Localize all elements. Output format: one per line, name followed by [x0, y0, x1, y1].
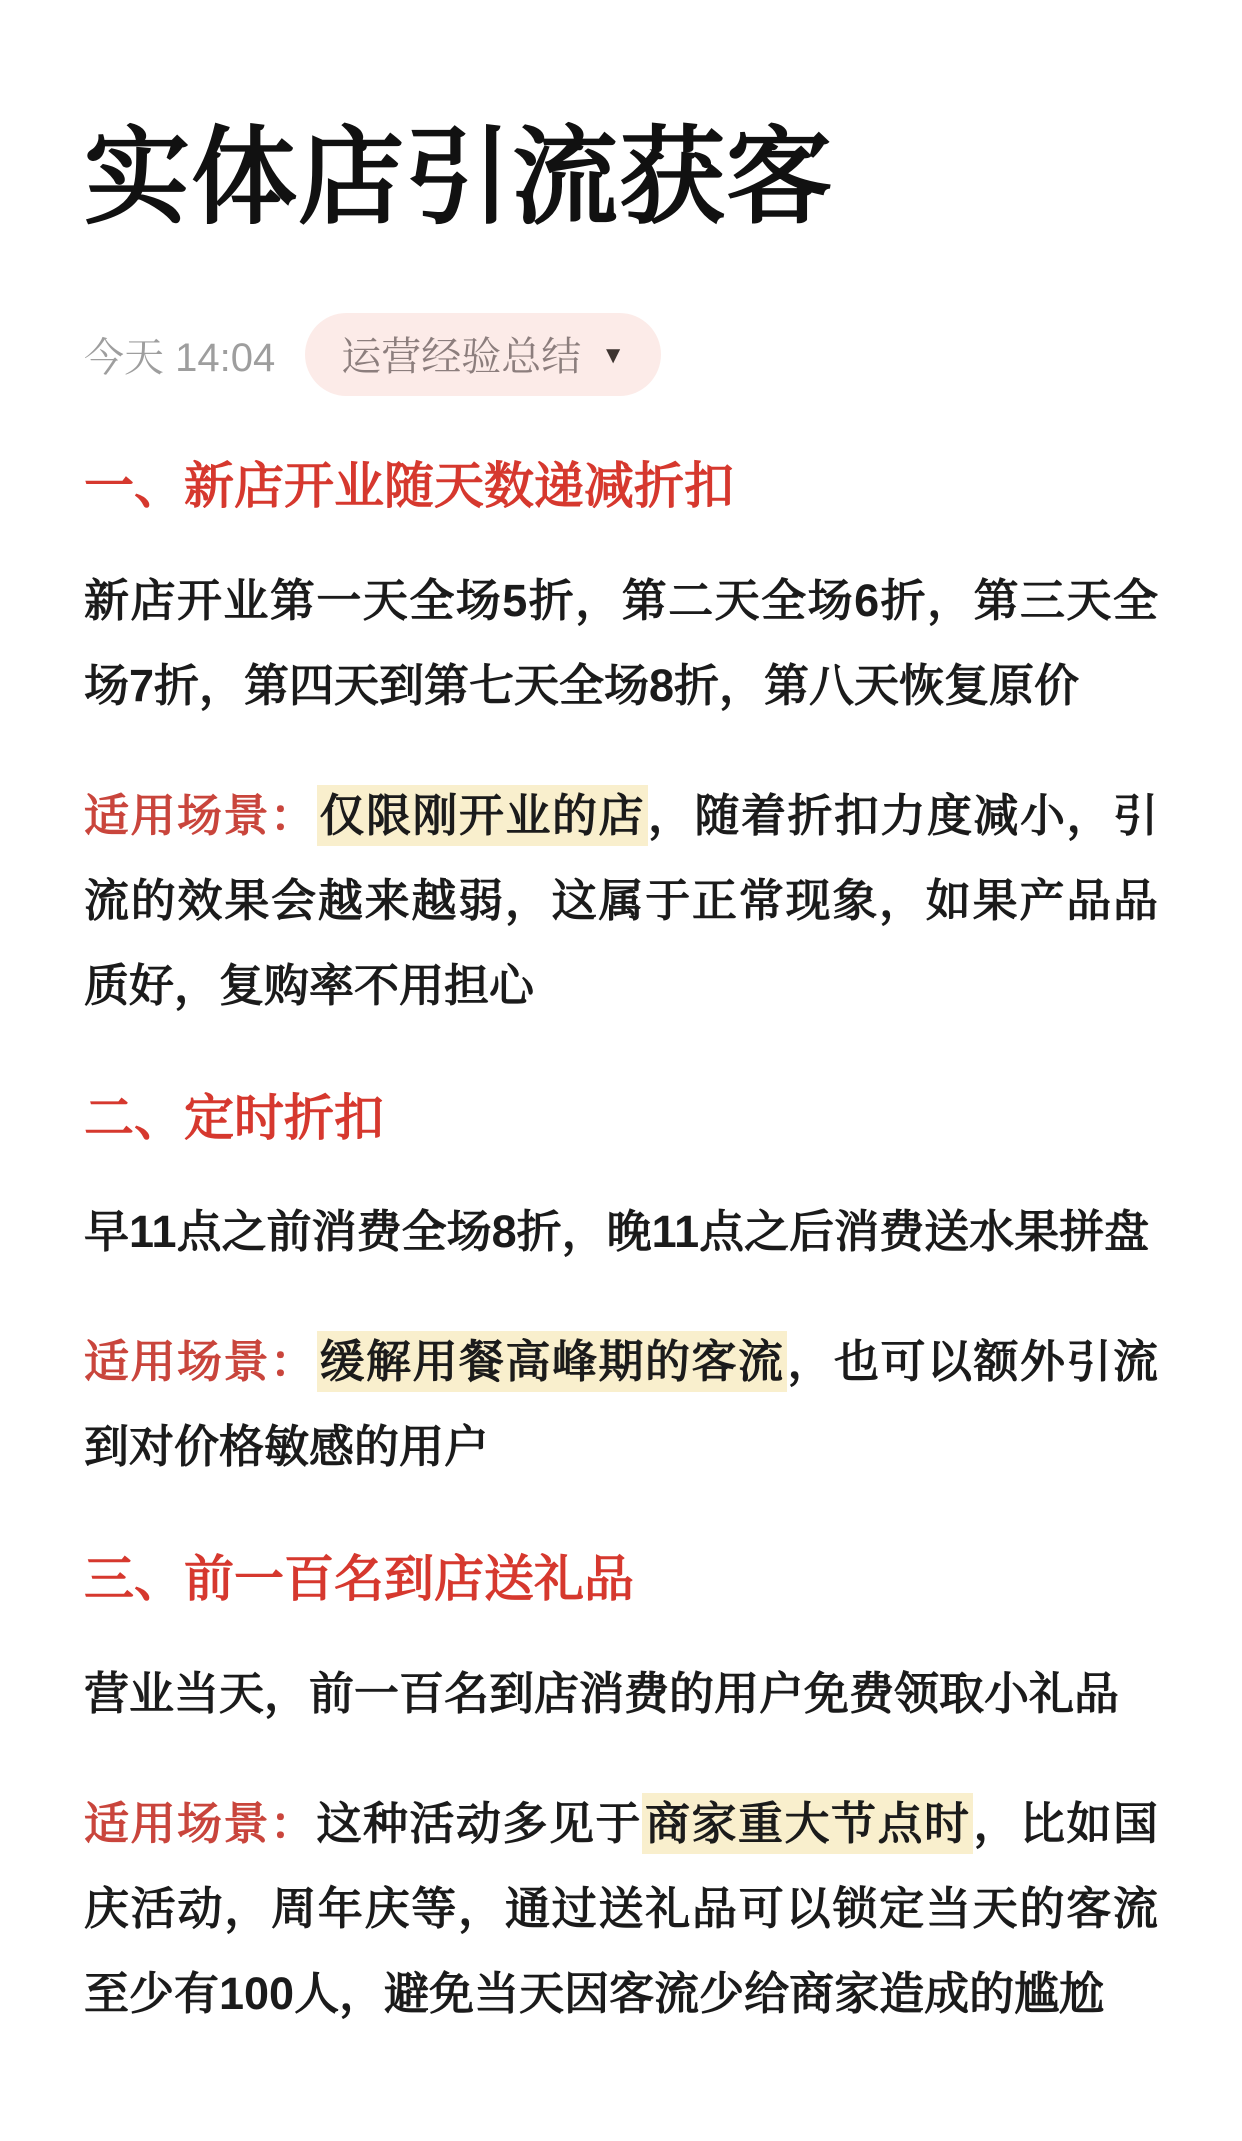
section-heading: 三、前一百名到店送礼品 [84, 1549, 1158, 1609]
section-body: 早11点之前消费全场8折，晚11点之后消费送水果拼盘 [84, 1189, 1158, 1274]
category-badge-label: 运营经验总结 [341, 325, 581, 382]
section-heading: 一、新店开业随天数递减折扣 [84, 456, 1158, 516]
section-new-store-discount: 一、新店开业随天数递减折扣 新店开业第一天全场5折，第二天全场6折，第三天全场7… [84, 456, 1158, 1028]
scene-label: 适用场景： [84, 1336, 317, 1387]
page-title: 实体店引流获客 [84, 115, 1158, 242]
section-body: 新店开业第一天全场5折，第二天全场6折，第三天全场7折，第四天到第七天全场8折，… [84, 558, 1158, 728]
scene-label: 适用场景： [84, 1798, 317, 1849]
scene-highlight: 缓解用餐高峰期的客流 [317, 1331, 788, 1392]
section-scene: 适用场景：缓解用餐高峰期的客流，也可以额外引流到对价格敏感的用户 [84, 1319, 1158, 1489]
scene-text: 这种活动多见于 [317, 1798, 642, 1849]
section-timed-discount: 二、定时折扣 早11点之前消费全场8折，晚11点之后消费送水果拼盘 适用场景：缓… [84, 1088, 1158, 1490]
timestamp: 今天 14:04 [84, 326, 275, 383]
section-body: 营业当天，前一百名到店消费的用户免费领取小礼品 [84, 1651, 1158, 1736]
section-scene: 适用场景：这种活动多见于商家重大节点时，比如国庆活动，周年庆等，通过送礼品可以锁… [84, 1781, 1158, 2036]
section-first-100-gift: 三、前一百名到店送礼品 营业当天，前一百名到店消费的用户免费领取小礼品 适用场景… [84, 1549, 1158, 2036]
category-badge[interactable]: 运营经验总结 ▼ [305, 313, 661, 396]
scene-highlight: 商家重大节点时 [642, 1793, 973, 1854]
section-heading: 二、定时折扣 [84, 1088, 1158, 1148]
scene-highlight: 仅限刚开业的店 [317, 785, 649, 846]
note-page: 实体店引流获客 今天 14:04 运营经验总结 ▼ 一、新店开业随天数递减折扣 … [0, 0, 1242, 2141]
scene-label: 适用场景： [84, 790, 317, 841]
chevron-down-icon: ▼ [601, 342, 625, 370]
section-scene: 适用场景：仅限刚开业的店，随着折扣力度减小，引流的效果会越来越弱，这属于正常现象… [84, 773, 1158, 1028]
meta-row: 今天 14:04 运营经验总结 ▼ [84, 313, 1158, 396]
